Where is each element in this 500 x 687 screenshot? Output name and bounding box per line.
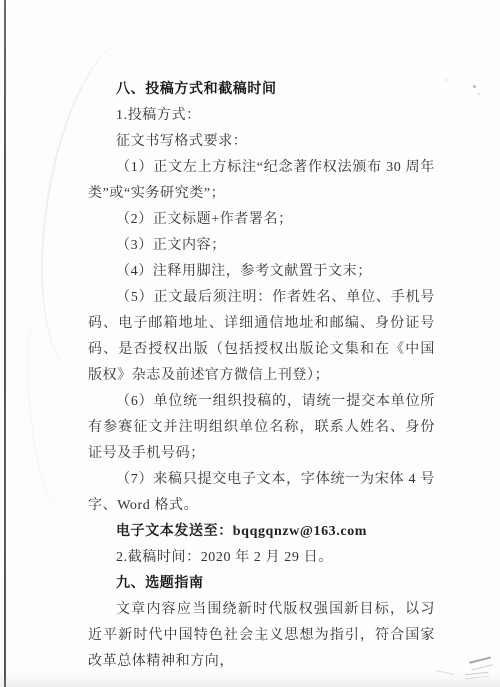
paragraph-9: （6）单位统一组织投稿的，请统一提交本单位所有参赛征文并注明组织单位名称，联系人… xyxy=(88,389,435,467)
paragraph-4: （1）正文左上方标注“纪念著作权法颁布 30 周年类”或“实务研究类”； xyxy=(88,155,435,207)
pencil-smudge xyxy=(469,656,493,670)
paragraph-12: 2.截稿时间：2020 年 2 月 29 日。 xyxy=(88,545,435,571)
scan-speck xyxy=(473,85,476,88)
scan-speck xyxy=(446,79,448,81)
paragraph-5: （2）正文标题+作者署名； xyxy=(88,207,435,233)
paragraph-1: 八、投稿方式和截稿时间 xyxy=(88,77,435,103)
scanned-page: 八、投稿方式和截稿时间1.投稿方式：征文书写格式要求：（1）正文左上方标注“纪念… xyxy=(0,0,500,687)
paragraph-13: 九、选题指南 xyxy=(88,571,435,597)
document-content: 八、投稿方式和截稿时间1.投稿方式：征文书写格式要求：（1）正文左上方标注“纪念… xyxy=(88,77,435,675)
paragraph-8: （5）正文最后须注明：作者姓名、单位、手机号码、电子邮箱地址、详细通信地址和邮编… xyxy=(88,285,435,389)
scan-speck xyxy=(478,93,480,95)
paragraph-6: （3）正文内容； xyxy=(88,233,435,259)
paragraph-7: （4）注释用脚注，参考文献置于文末； xyxy=(88,259,435,285)
scan-shadow xyxy=(0,673,500,687)
scan-edge-artifact xyxy=(4,0,6,687)
page-number: 4 xyxy=(250,633,274,644)
paragraph-10: （7）来稿只提交电子文本，字体统一为宋体 4 号字、Word 格式。 xyxy=(88,467,435,519)
paragraph-2: 1.投稿方式： xyxy=(88,103,435,129)
paragraph-3: 征文书写格式要求： xyxy=(88,129,435,155)
paragraph-11: 电子文本发送至：bqqgqnzw@163.com xyxy=(88,519,435,545)
